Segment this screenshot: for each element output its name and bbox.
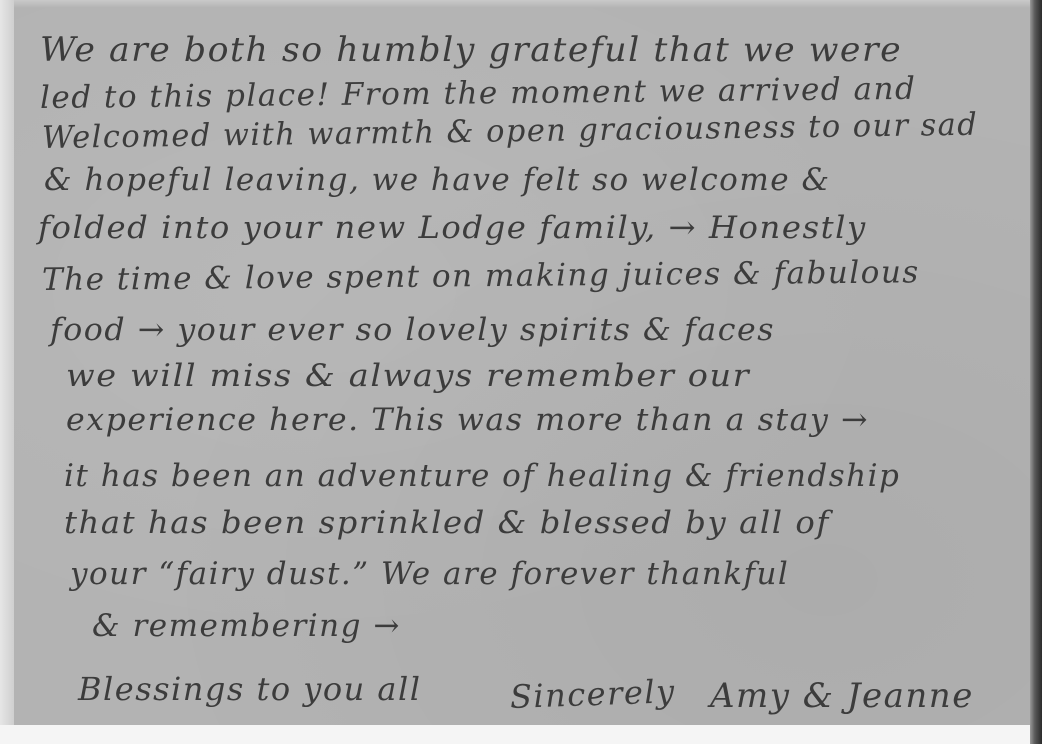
note-line-8: we will miss & always remember our [66,358,750,394]
note-line-1: We are both so humbly grateful that we w… [40,30,902,70]
signoff: Sincerely [509,672,676,716]
scan-left-margin [0,0,14,725]
note-line-13: & remembering → [92,608,401,644]
scan-bottom-margin [0,725,1030,744]
closing-blessing: Blessings to you all [78,670,421,708]
note-line-5: folded into your new Lodge family, → Hon… [38,210,867,246]
note-line-7: food → your ever so lovely spirits & fac… [50,312,775,348]
note-line-12: your “fairy dust.” We are forever thankf… [70,556,789,592]
note-line-4: & hopeful leaving, we have felt so welco… [44,162,831,198]
scanned-card: We are both so humbly grateful that we w… [0,0,1042,744]
note-line-6: The time & love spent on making juices &… [42,254,920,298]
note-line-11: that has been sprinkled & blessed by all… [64,505,830,541]
scan-right-edge [1030,0,1042,744]
note-line-10: it has been an adventure of healing & fr… [64,458,900,494]
card-top-edge [14,0,1030,8]
signature: Amy & Jeanne [710,676,974,716]
note-line-9: experience here. This was more than a st… [66,402,869,438]
